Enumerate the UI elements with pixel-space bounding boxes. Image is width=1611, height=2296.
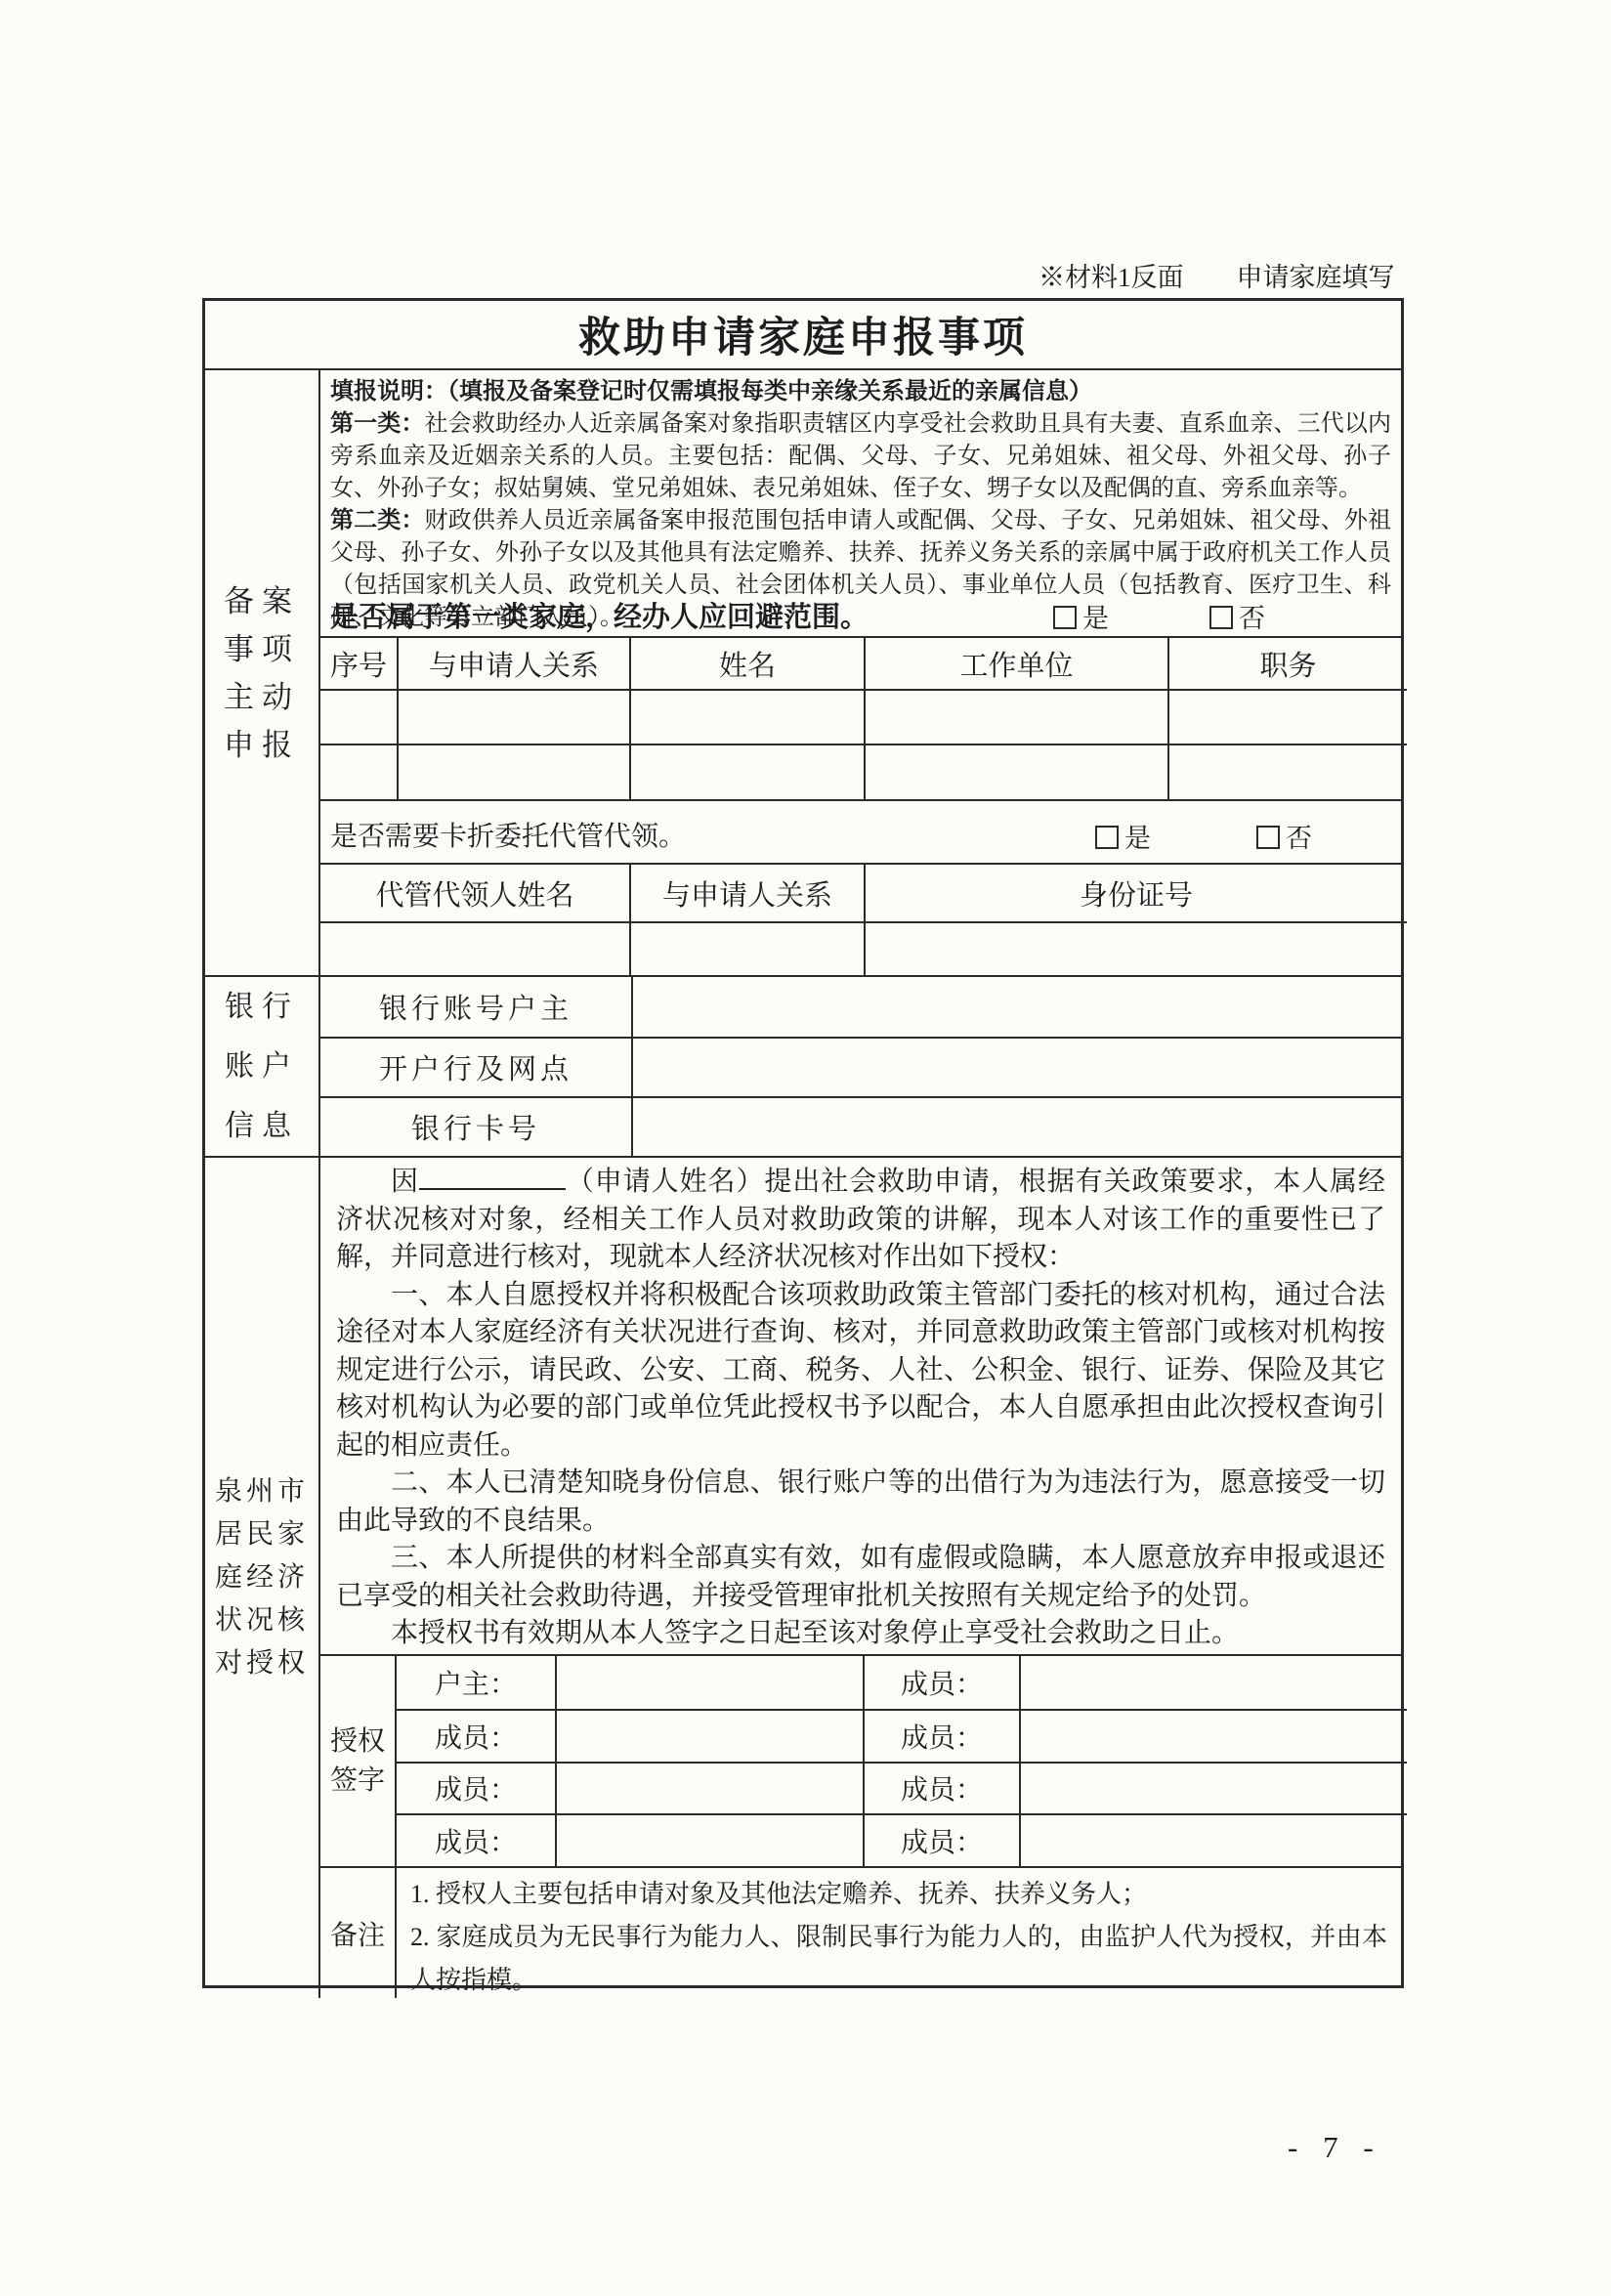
bank-holder-label: 银行账号户主 [320, 977, 633, 1037]
scanned-form-page: ※材料1反面 申请家庭填写 救助申请家庭申报事项 备案 事项 主动 申报 填报说… [0, 0, 1611, 2296]
col-header-index: 序号 [320, 638, 397, 689]
applicant-name-prefix: 因 [391, 1167, 419, 1197]
checkbox-no-icon[interactable] [1256, 826, 1280, 849]
sig-row-label: 成员： [863, 1656, 1019, 1709]
signature-label: 授权 签字 [320, 1656, 397, 1866]
instructions-type1: 第一类：社会救助经办人近亲属备案对象指职责辖区内享受社会救助且具有夫妻、直系血亲… [330, 408, 1391, 505]
bank-row-holder: 银行账号户主 [320, 977, 1401, 1037]
declaration-form-table: 救助申请家庭申报事项 备案 事项 主动 申报 填报说明：（填报及备案登记时仅需填… [202, 298, 1404, 1988]
question-first-class: 是否属于第一类家庭，经办人应回避范围。 是 否 [330, 595, 1393, 634]
signature-cell[interactable] [1019, 1709, 1407, 1762]
authorization-section: 泉州市 居民家 庭经济 状况核 对授权 因（申请人姓名）提出社会救助申请，根据有… [205, 1156, 1401, 1998]
input-cell[interactable] [633, 1039, 1401, 1096]
col-header-workunit: 工作单位 [864, 638, 1167, 689]
signature-cell[interactable] [555, 1656, 863, 1709]
input-cell[interactable] [633, 977, 1401, 1037]
col-header-delegate-relation: 与申请人关系 [629, 865, 864, 921]
auth-paragraph-3: 二、本人已清楚知晓身份信息、银行账户等的出借行为为违法行为，愿意接受一切由此导致… [336, 1465, 1385, 1540]
instructions-intro-label: 填报说明： [330, 379, 447, 404]
input-cell[interactable] [633, 1098, 1401, 1156]
auth-paragraph-1: 因（申请人姓名）提出社会救助申请，根据有关政策要求，本人属经济状况核对对象，经相… [336, 1164, 1385, 1277]
first-class-no-option: 否 [1209, 597, 1265, 635]
auth-paragraph-2: 一、本人自愿授权并将积极配合该项救助政策主管部门委托的核对机构，通过合法途径对本… [336, 1277, 1385, 1466]
question-card-delegation: 是否需要卡折委托代管代领。 是 否 [320, 799, 1401, 863]
checkbox-yes-icon[interactable] [1053, 606, 1077, 629]
authorization-section-label: 泉州市 居民家 庭经济 状况核 对授权 [205, 1158, 320, 1998]
yes-label: 是 [1082, 604, 1109, 633]
checkbox-yes-icon[interactable] [1095, 826, 1119, 849]
applicant-name-blank[interactable] [419, 1165, 566, 1190]
signature-cell[interactable] [555, 1762, 863, 1814]
sig-row-label: 成员： [397, 1762, 555, 1814]
input-cell[interactable] [320, 921, 629, 975]
yes-label: 是 [1124, 824, 1151, 853]
signature-cell[interactable] [1019, 1762, 1407, 1814]
sig-row-label: 户主： [397, 1656, 555, 1709]
material-side-note: ※材料1反面 [1039, 256, 1184, 294]
notes-label: 备注 [320, 1868, 397, 1998]
sig-row-label: 成员： [863, 1709, 1019, 1762]
type2-label: 第二类： [330, 508, 425, 533]
relatives-table: 序号 与申请人关系 姓名 工作单位 职务 [320, 636, 1401, 799]
filing-instructions: 填报说明：（填报及备案登记时仅需填报每类中亲缘关系最近的亲属信息） 第一类：社会… [320, 370, 1401, 636]
notes-section: 备注 1. 授权人主要包括申请对象及其他法定赡养、抚养、扶养义务人； 2. 家庭… [320, 1866, 1401, 1998]
input-cell[interactable] [397, 744, 629, 799]
notes-body: 1. 授权人主要包括申请对象及其他法定赡养、抚养、扶养义务人； 2. 家庭成员为… [397, 1868, 1401, 1998]
form-title: 救助申请家庭申报事项 [578, 305, 1028, 364]
record-section-label: 备案 事项 主动 申报 [205, 370, 320, 975]
delegation-no-option: 否 [1256, 817, 1312, 855]
sig-row-label: 成员： [863, 1813, 1019, 1866]
input-cell[interactable] [864, 921, 1407, 975]
bank-section-label: 银行 账户 信息 [205, 977, 320, 1156]
sig-row-label: 成员： [397, 1813, 555, 1866]
page-number: - 7 - [1288, 2130, 1382, 2165]
auth-paragraph-4: 三、本人所提供的材料全部真实有效，如有虚假或隐瞒，本人愿意放弃申报或退还已享受的… [336, 1540, 1385, 1615]
no-label: 否 [1239, 604, 1265, 633]
note-item-2: 2. 家庭成员为无民事行为能力人、限制民事行为能力人的，由监护人代为授权，并由本… [410, 1916, 1387, 1998]
input-cell[interactable] [629, 921, 864, 975]
bank-row-card: 银行卡号 [320, 1096, 1401, 1156]
col-header-id-number: 身份证号 [864, 865, 1407, 921]
delegate-table: 代管代领人姓名 与申请人关系 身份证号 [320, 863, 1401, 975]
signature-table: 授权 签字 户主： 成员： 成员： 成员： 成员： 成员： [320, 1654, 1401, 1866]
input-cell[interactable] [320, 689, 397, 744]
bank-card-label: 银行卡号 [320, 1098, 633, 1156]
signature-cell[interactable] [1019, 1813, 1407, 1866]
bank-branch-label: 开户行及网点 [320, 1039, 633, 1096]
authorization-text: 因（申请人姓名）提出社会救助申请，根据有关政策要求，本人属经济状况核对对象，经相… [320, 1158, 1401, 1654]
signature-cell[interactable] [555, 1709, 863, 1762]
sig-row-label: 成员： [397, 1709, 555, 1762]
input-cell[interactable] [629, 744, 864, 799]
input-cell[interactable] [864, 744, 1167, 799]
signature-cell[interactable] [555, 1813, 863, 1866]
bank-row-branch: 开户行及网点 [320, 1037, 1401, 1096]
question-card-delegation-text: 是否需要卡折委托代管代领。 [330, 815, 686, 854]
input-cell[interactable] [864, 689, 1167, 744]
col-header-position: 职务 [1167, 638, 1407, 689]
question-first-class-text: 是否属于第一类家庭，经办人应回避范围。 [330, 602, 869, 633]
instructions-intro: 填报说明：（填报及备案登记时仅需填报每类中亲缘关系最近的亲属信息） [330, 376, 1391, 408]
input-cell[interactable] [320, 744, 397, 799]
input-cell[interactable] [1167, 744, 1407, 799]
sig-row-label: 成员： [863, 1762, 1019, 1814]
input-cell[interactable] [629, 689, 864, 744]
col-header-relation: 与申请人关系 [397, 638, 629, 689]
type1-text: 社会救助经办人近亲属备案对象指职责辖区内享受社会救助且具有夫妻、直系血亲、三代以… [330, 411, 1391, 501]
form-title-row: 救助申请家庭申报事项 [205, 301, 1401, 370]
delegation-yes-option: 是 [1095, 817, 1151, 855]
bank-section: 银行 账户 信息 银行账号户主 开户行及网点 银行卡号 [205, 975, 1401, 1156]
filled-by-note: 申请家庭填写 [1237, 256, 1395, 294]
input-cell[interactable] [1167, 689, 1407, 744]
checkbox-no-icon[interactable] [1209, 606, 1233, 629]
signature-cell[interactable] [1019, 1656, 1407, 1709]
input-cell[interactable] [397, 689, 629, 744]
col-header-delegate-name: 代管代领人姓名 [320, 865, 629, 921]
type1-label: 第一类： [330, 411, 425, 437]
first-class-yes-option: 是 [1053, 597, 1109, 635]
instructions-intro-text: （填报及备案登记时仅需填报每类中亲缘关系最近的亲属信息） [447, 379, 1092, 404]
record-section: 备案 事项 主动 申报 填报说明：（填报及备案登记时仅需填报每类中亲缘关系最近的… [205, 370, 1401, 975]
auth-paragraph-5: 本授权书有效期从本人签字之日起至该对象停止享受社会救助之日止。 [336, 1615, 1385, 1653]
header-note: ※材料1反面 申请家庭填写 [1039, 256, 1395, 294]
no-label: 否 [1286, 824, 1312, 853]
note-item-1: 1. 授权人主要包括申请对象及其他法定赡养、抚养、扶养义务人； [410, 1873, 1387, 1916]
col-header-name: 姓名 [629, 638, 864, 689]
